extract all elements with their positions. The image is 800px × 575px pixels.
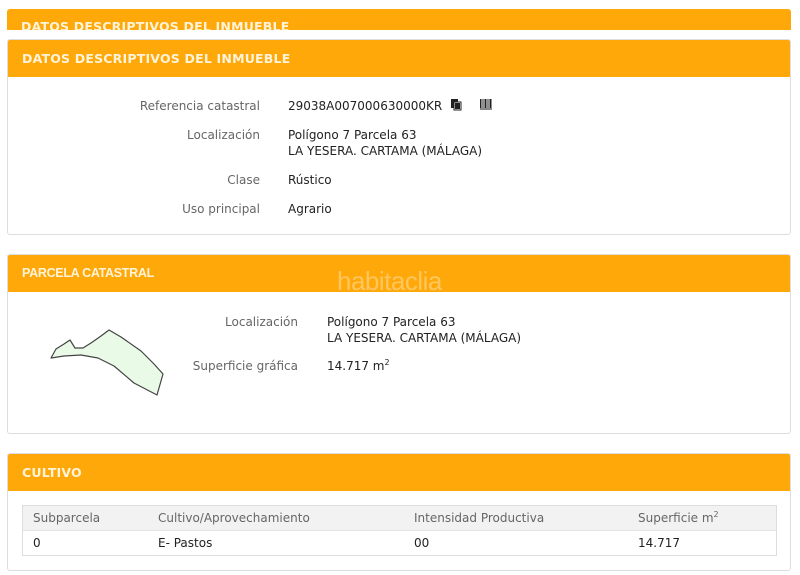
barcode-icon[interactable] (480, 98, 492, 115)
parcela-localizacion-label: Localización (118, 314, 298, 330)
panel-parcela-catastral: PARCELA CATASTRAL Localización Polígono … (7, 254, 791, 434)
col-cultivo: Cultivo/Aprovechamiento (148, 506, 404, 531)
col-superficie: Superficie m2 (628, 506, 777, 531)
uso-label: Uso principal (80, 201, 260, 217)
panel-datos-descriptivos: DATOS DESCRIPTIVOS DEL INMUEBLE Referenc… (7, 39, 791, 235)
ghost-section-header: DATOS DESCRIPTIVOS DEL INMUEBLE (7, 9, 791, 30)
localizacion-line1: Polígono 7 Parcela 63 (288, 127, 416, 143)
parcel-shape-map[interactable] (8, 255, 208, 434)
clase-label: Clase (80, 172, 260, 188)
localizacion-line2: LA YESERA. CARTAMA (MÁLAGA) (288, 143, 482, 159)
panel-cultivo: CULTIVO Subparcela Cultivo/Aprovechamien… (7, 453, 791, 571)
superficie-value-row: 14.717 m2 (327, 358, 390, 374)
referencia-label: Referencia catastral (80, 98, 260, 114)
clase-value: Rústico (288, 172, 332, 188)
referencia-value: 29038A007000630000KR (288, 99, 442, 113)
superficie-value: 14.717 m (327, 359, 385, 373)
superficie-unit-sup: 2 (385, 358, 390, 367)
table-cell: 00 (404, 531, 628, 556)
parcela-localizacion-line1: Polígono 7 Parcela 63 (327, 314, 455, 330)
ghost-header-title: DATOS DESCRIPTIVOS DEL INMUEBLE (21, 19, 289, 30)
panel-header-datos: DATOS DESCRIPTIVOS DEL INMUEBLE (8, 40, 790, 77)
referencia-value-row: 29038A007000630000KR (288, 98, 492, 115)
table-cell: 0 (23, 531, 149, 556)
col-intensidad: Intensidad Productiva (404, 506, 628, 531)
col-subparcela: Subparcela (23, 506, 149, 531)
localizacion-label: Localización (80, 127, 260, 143)
uso-value: Agrario (288, 201, 332, 217)
table-cell: 14.717 (628, 531, 777, 556)
panel-header-cultivo: CULTIVO (8, 454, 790, 491)
parcela-localizacion-line2: LA YESERA. CARTAMA (MÁLAGA) (327, 330, 521, 346)
copy-icon[interactable] (450, 98, 462, 115)
table-row: 0E- Pastos0014.717 (23, 531, 777, 556)
superficie-label: Superficie gráfica (118, 358, 298, 374)
cultivo-table-header: Subparcela Cultivo/Aprovechamiento Inten… (23, 506, 777, 531)
table-cell: E- Pastos (148, 531, 404, 556)
cultivo-table: Subparcela Cultivo/Aprovechamiento Inten… (22, 505, 777, 556)
